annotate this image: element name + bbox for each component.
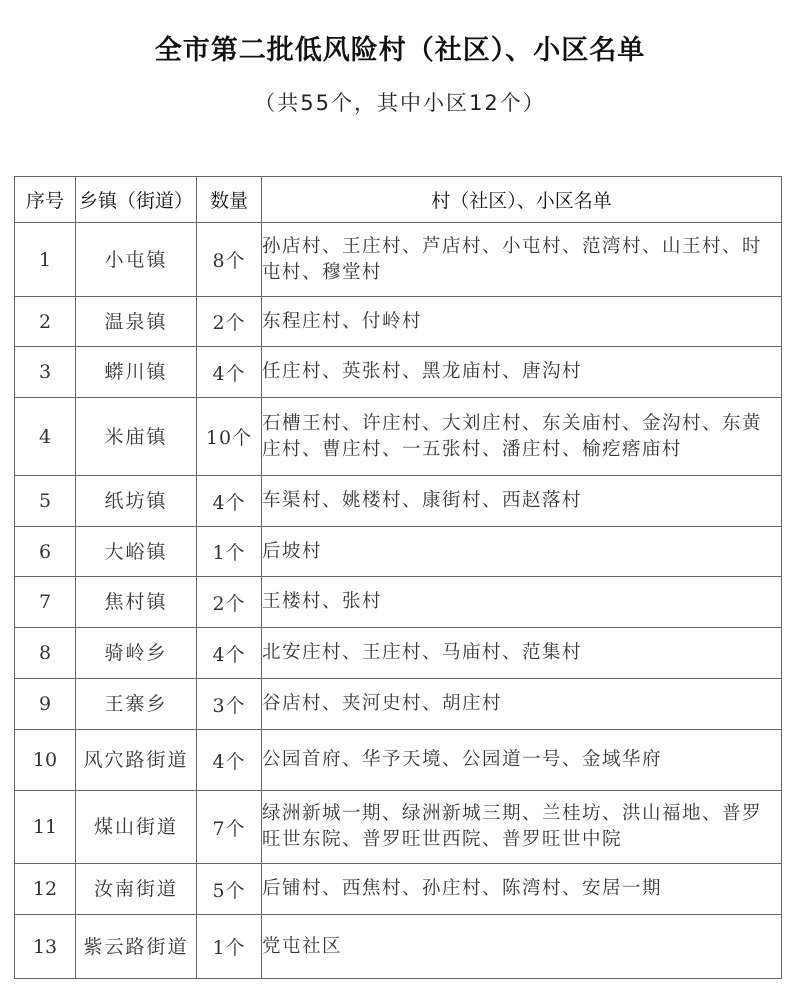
row-count: 4个	[197, 347, 262, 398]
row-village-list: 谷店村、夹河史村、胡庄村	[262, 679, 782, 730]
row-town: 王寨乡	[76, 679, 197, 730]
table-row: 8骑岭乡4个北安庄村、王庄村、马庙村、范集村	[15, 628, 782, 679]
row-village-list: 公园首府、华予天境、公园道一号、金域华府	[262, 730, 782, 791]
table-row: 1小屯镇8个孙店村、王庄村、芦店村、小屯村、范湾村、山王村、时屯村、穆堂村	[15, 223, 782, 297]
row-town: 焦村镇	[76, 577, 197, 628]
row-index: 12	[15, 864, 76, 915]
row-village-list: 党屯社区	[262, 915, 782, 979]
table-row: 2温泉镇2个东程庄村、付岭村	[15, 297, 782, 347]
row-town: 骑岭乡	[76, 628, 197, 679]
row-village-list: 孙店村、王庄村、芦店村、小屯村、范湾村、山王村、时屯村、穆堂村	[262, 223, 782, 297]
document-subtitle: （共55个，其中小区12个）	[0, 87, 800, 117]
row-count: 1个	[197, 527, 262, 577]
document-title: 全市第二批低风险村（社区）、小区名单	[0, 28, 800, 67]
table-row: 9王寨乡3个谷店村、夹河史村、胡庄村	[15, 679, 782, 730]
row-count: 5个	[197, 864, 262, 915]
row-index: 13	[15, 915, 76, 979]
table-row: 6大峪镇1个后坡村	[15, 527, 782, 577]
row-town: 汝南街道	[76, 864, 197, 915]
table-row: 7焦村镇2个王楼村、张村	[15, 577, 782, 628]
row-village-list: 东程庄村、付岭村	[262, 297, 782, 347]
header-index: 序号	[15, 177, 76, 223]
row-town: 风穴路街道	[76, 730, 197, 791]
table-row: 13紫云路街道1个党屯社区	[15, 915, 782, 979]
header-list: 村（社区）、小区名单	[262, 177, 782, 223]
row-village-list: 任庄村、英张村、黑龙庙村、唐沟村	[262, 347, 782, 398]
row-count: 2个	[197, 577, 262, 628]
row-index: 5	[15, 476, 76, 527]
row-village-list: 车渠村、姚楼村、康街村、西赵落村	[262, 476, 782, 527]
row-count: 3个	[197, 679, 262, 730]
table-row: 3蟒川镇4个任庄村、英张村、黑龙庙村、唐沟村	[15, 347, 782, 398]
low-risk-roster-table: 序号 乡镇（街道） 数量 村（社区）、小区名单 1小屯镇8个孙店村、王庄村、芦店…	[14, 176, 782, 979]
row-index: 4	[15, 398, 76, 476]
row-count: 4个	[197, 476, 262, 527]
row-town: 大峪镇	[76, 527, 197, 577]
row-count: 7个	[197, 791, 262, 864]
row-town: 米庙镇	[76, 398, 197, 476]
row-village-list: 石槽王村、许庄村、大刘庄村、东关庙村、金沟村、东黄庄村、曹庄村、一五张村、潘庄村…	[262, 398, 782, 476]
table-row: 5纸坊镇4个车渠村、姚楼村、康街村、西赵落村	[15, 476, 782, 527]
table-body: 1小屯镇8个孙店村、王庄村、芦店村、小屯村、范湾村、山王村、时屯村、穆堂村2温泉…	[15, 223, 782, 979]
table-row: 10风穴路街道4个公园首府、华予天境、公园道一号、金域华府	[15, 730, 782, 791]
row-village-list: 绿洲新城一期、绿洲新城三期、兰桂坊、洪山福地、普罗旺世东院、普罗旺世西院、普罗旺…	[262, 791, 782, 864]
row-index: 1	[15, 223, 76, 297]
row-index: 9	[15, 679, 76, 730]
header-count: 数量	[197, 177, 262, 223]
row-count: 10个	[197, 398, 262, 476]
row-village-list: 后铺村、西焦村、孙庄村、陈湾村、安居一期	[262, 864, 782, 915]
row-count: 4个	[197, 730, 262, 791]
row-index: 8	[15, 628, 76, 679]
row-index: 11	[15, 791, 76, 864]
row-town: 小屯镇	[76, 223, 197, 297]
table-header-row: 序号 乡镇（街道） 数量 村（社区）、小区名单	[15, 177, 782, 223]
table-row: 4米庙镇10个石槽王村、许庄村、大刘庄村、东关庙村、金沟村、东黄庄村、曹庄村、一…	[15, 398, 782, 476]
table-row: 12汝南街道5个后铺村、西焦村、孙庄村、陈湾村、安居一期	[15, 864, 782, 915]
row-village-list: 北安庄村、王庄村、马庙村、范集村	[262, 628, 782, 679]
table-row: 11煤山街道7个绿洲新城一期、绿洲新城三期、兰桂坊、洪山福地、普罗旺世东院、普罗…	[15, 791, 782, 864]
row-index: 2	[15, 297, 76, 347]
row-index: 10	[15, 730, 76, 791]
row-town: 温泉镇	[76, 297, 197, 347]
row-town: 纸坊镇	[76, 476, 197, 527]
row-index: 6	[15, 527, 76, 577]
row-index: 7	[15, 577, 76, 628]
row-town: 紫云路街道	[76, 915, 197, 979]
row-count: 2个	[197, 297, 262, 347]
row-town: 煤山街道	[76, 791, 197, 864]
row-town: 蟒川镇	[76, 347, 197, 398]
row-count: 8个	[197, 223, 262, 297]
header-town: 乡镇（街道）	[76, 177, 197, 223]
row-index: 3	[15, 347, 76, 398]
row-village-list: 后坡村	[262, 527, 782, 577]
row-count: 4个	[197, 628, 262, 679]
row-village-list: 王楼村、张村	[262, 577, 782, 628]
row-count: 1个	[197, 915, 262, 979]
